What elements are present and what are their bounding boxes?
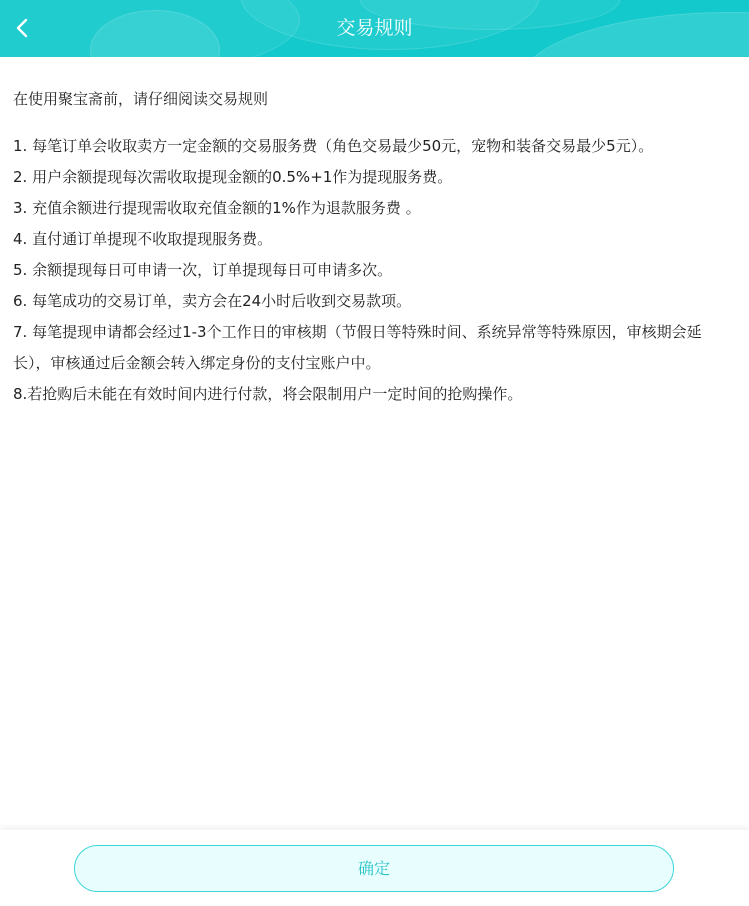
rules-content: 在使用聚宝斋前，请仔细阅读交易规则 1. 每笔订单会收取卖方一定金额的交易服务费…: [13, 84, 735, 410]
rule-item: 6. 每笔成功的交易订单，卖方会在24小时后收到交易款项。: [13, 286, 735, 317]
rule-item: 2. 用户余额提现每次需收取提现金额的0.5%+1作为提现服务费。: [13, 162, 735, 193]
rule-item: 3. 充值余额进行提现需收取充值金额的1%作为退款服务费 。: [13, 193, 735, 224]
page-title: 交易规则: [0, 0, 749, 57]
footer-bar: 确定: [0, 830, 749, 906]
rule-item: 7. 每笔提现申请都会经过1-3个工作日的审核期（节假日等特殊时间、系统异常等特…: [13, 317, 735, 379]
confirm-button[interactable]: 确定: [74, 845, 674, 892]
intro-text: 在使用聚宝斋前，请仔细阅读交易规则: [13, 84, 735, 115]
rule-item: 5. 余额提现每日可申请一次，订单提现每日可申请多次。: [13, 255, 735, 286]
header-bar: 交易规则: [0, 0, 749, 57]
chevron-left-icon: [10, 14, 38, 42]
rule-item: 1. 每笔订单会收取卖方一定金额的交易服务费（角色交易最少50元，宠物和装备交易…: [13, 131, 735, 162]
back-button[interactable]: [10, 14, 38, 42]
rule-item: 4. 直付通订单提现不收取提现服务费。: [13, 224, 735, 255]
rule-item: 8.若抢购后未能在有效时间内进行付款，将会限制用户一定时间的抢购操作。: [13, 379, 735, 410]
